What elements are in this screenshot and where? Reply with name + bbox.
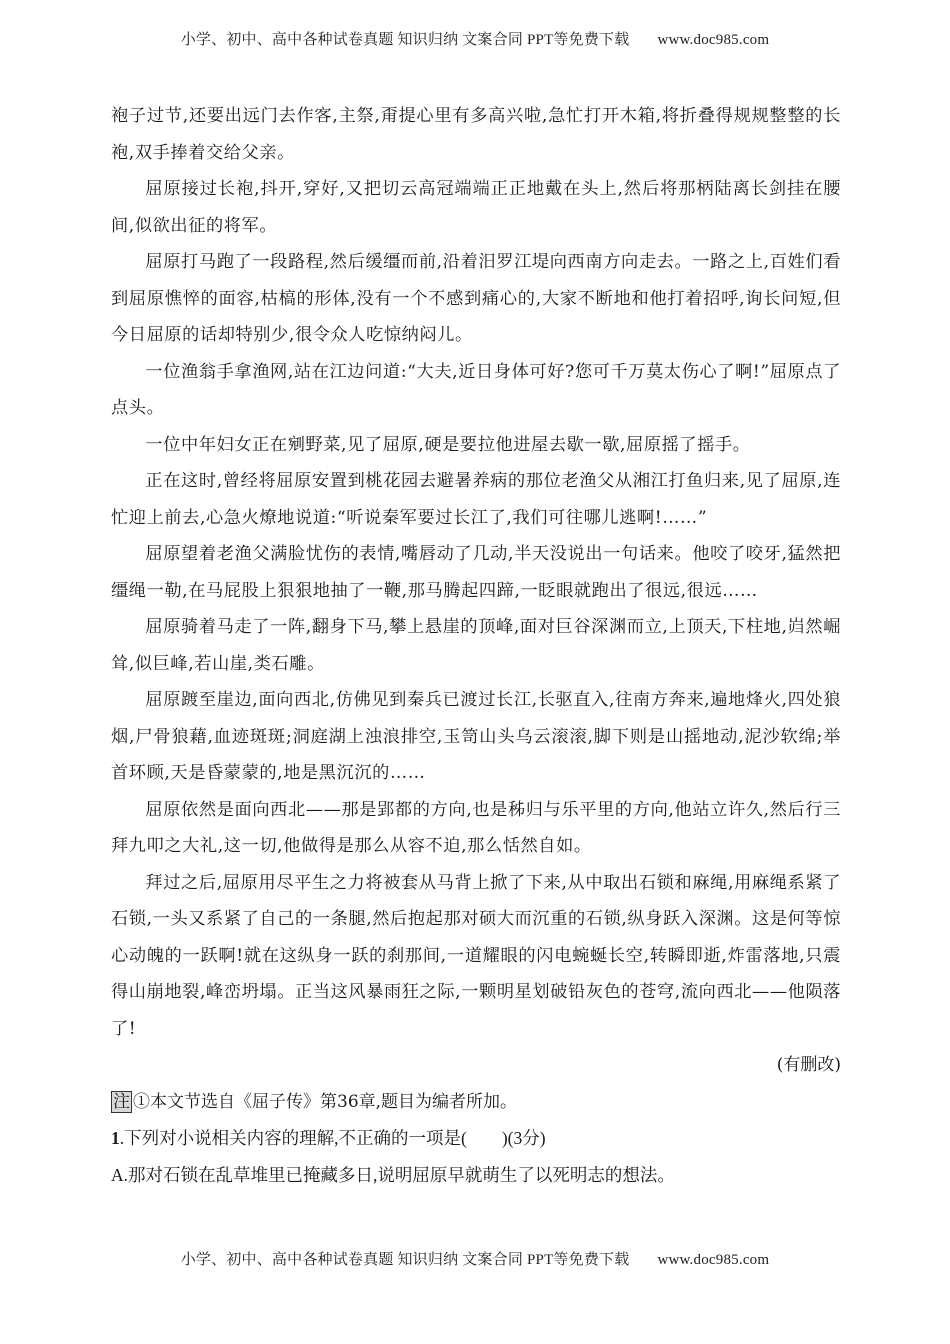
footer-text: 小学、初中、高中各种试卷真题 知识归纳 文案合同 PPT等免费下载 [181, 1252, 630, 1268]
question-1: 1.下列对小说相关内容的理解,不正确的一项是( )(3分) [111, 1120, 841, 1157]
paragraph: 屈原接过长袍,抖开,穿好,又把切云高冠端端正正地戴在头上,然后将那柄陆离长剑挂在… [111, 171, 841, 244]
paragraph: 屈原望着老渔父满脸忧伤的表情,嘴唇动了几动,半天没说出一句话来。他咬了咬牙,猛然… [111, 536, 841, 609]
footnote: 注①本文节选自《屈子传》第36章,题目为编者所加。 [111, 1084, 841, 1121]
paragraph: 屈原踱至崖边,面向西北,仿佛见到秦兵已渡过长江,长驱直入,往南方奔来,遍地烽火,… [111, 682, 841, 792]
paragraph: 屈原骑着马走了一阵,翻身下马,攀上悬崖的顶峰,面对巨谷深渊而立,上顶天,下柱地,… [111, 609, 841, 682]
paragraph: 屈原依然是面向西北——那是郢都的方向,也是秭归与乐平里的方向,他站立许久,然后行… [111, 792, 841, 865]
option-a: A.那对石锁在乱草堆里已掩藏多日,说明屈原早就萌生了以死明志的想法。 [111, 1157, 841, 1194]
paragraph: 拜过之后,屈原用尽平生之力将被套从马背上掀了下来,从中取出石锁和麻绳,用麻绳系紧… [111, 865, 841, 1048]
document-body: 袍子过节,还要出远门去作客,主祭,甭提心里有多高兴啦,急忙打开木箱,将折叠得规规… [111, 98, 841, 1193]
footer-site-link[interactable]: www.doc985.com [657, 1252, 769, 1268]
question-text: .下列对小说相关内容的理解,不正确的一项是( )(3分) [120, 1128, 546, 1148]
attribution: (有删改) [111, 1047, 841, 1084]
question-number: 1 [111, 1128, 120, 1148]
paragraph: 正在这时,曾经将屈原安置到桃花园去避暑养病的那位老渔父从湘江打鱼归来,见了屈原,… [111, 463, 841, 536]
page-footer: 小学、初中、高中各种试卷真题 知识归纳 文案合同 PPT等免费下载www.doc… [0, 1248, 950, 1269]
paragraph: 一位渔翁手拿渔网,站在江边问道:“大夫,近日身体可好?您可千万莫太伤心了啊!”屈… [111, 354, 841, 427]
note-text: ①本文节选自《屈子传》第36章,题目为编者所加。 [133, 1092, 517, 1112]
paragraph: 袍子过节,还要出远门去作客,主祭,甭提心里有多高兴啦,急忙打开木箱,将折叠得规规… [111, 98, 841, 171]
header-text: 小学、初中、高中各种试卷真题 知识归纳 文案合同 PPT等免费下载 [181, 32, 630, 48]
note-label: 注 [111, 1091, 132, 1113]
paragraph: 一位中年妇女正在剜野菜,见了屈原,硬是要拉他进屋去歇一歇,屈原摇了摇手。 [111, 427, 841, 464]
paragraph: 屈原打马跑了一段路程,然后缓缰而前,沿着汨罗江堤向西南方向走去。一路之上,百姓们… [111, 244, 841, 354]
header-site-link[interactable]: www.doc985.com [657, 32, 769, 48]
page-header: 小学、初中、高中各种试卷真题 知识归纳 文案合同 PPT等免费下载www.doc… [0, 28, 950, 49]
